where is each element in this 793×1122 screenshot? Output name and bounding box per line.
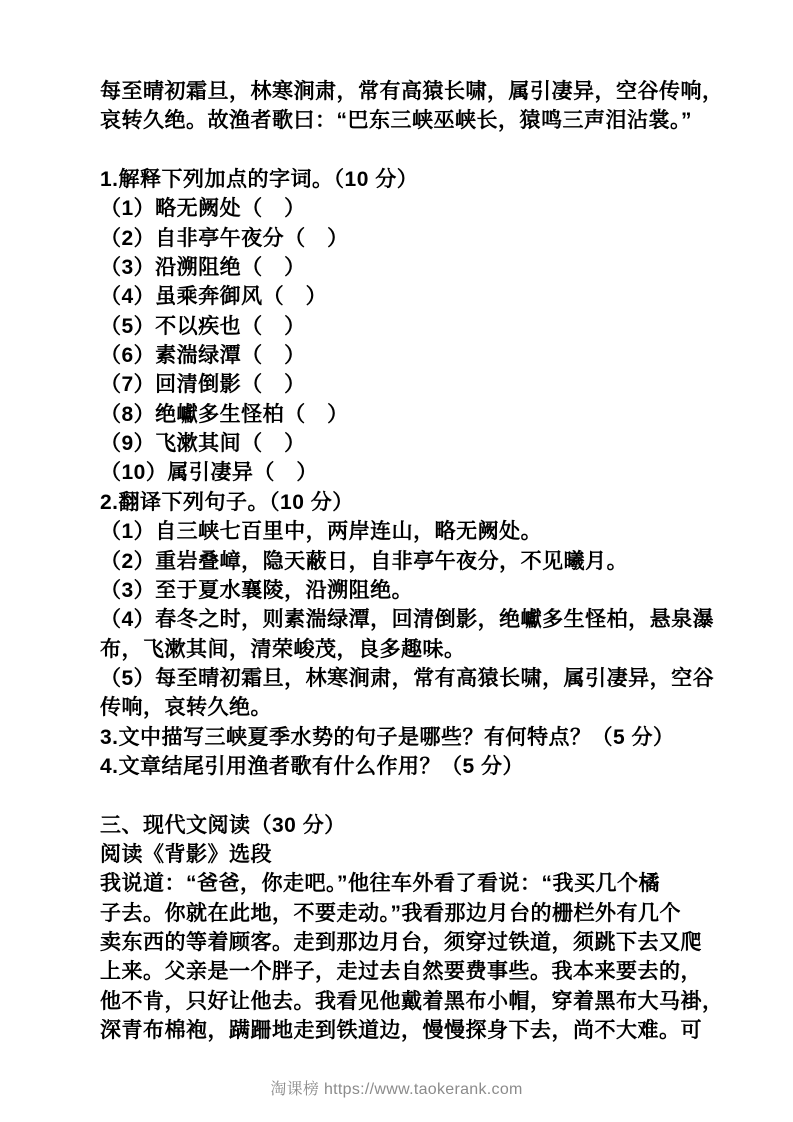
footer-watermark: 淘课榜 https://www.taokerank.com [0, 1076, 793, 1099]
text-line: （10）属引凄异（ ） [100, 458, 760, 487]
text-line: 他不肯，只好让他去。我看见他戴着黑布小帽，穿着黑布大马褂， [100, 987, 760, 1016]
document-page: 每至晴初霜旦，林寒涧肃，常有高猿长啸，属引凄异，空谷传响，哀转久绝。故渔者歌曰：… [0, 0, 793, 1122]
text-line: （5）每至晴初霜旦，林寒涧肃，常有高猿长啸，属引凄异，空谷 [100, 664, 760, 693]
text-line: 三、现代文阅读（30 分） [100, 811, 760, 840]
text-line: 4.文章结尾引用渔者歌有什么作用？（5 分） [100, 752, 760, 781]
text-line: （4）虽乘奔御风（ ） [100, 282, 760, 311]
text-line: （9）飞漱其间（ ） [100, 429, 760, 458]
text-line: 卖东西的等着顾客。走到那边月台，须穿过铁道，须跳下去又爬 [100, 928, 760, 957]
text-line: 我说道：“爸爸，你走吧。”他往车外看了看说：“我买几个橘 [100, 869, 760, 898]
text-line: 上来。父亲是一个胖子，走过去自然要费事些。我本来要去的， [100, 957, 760, 986]
text-line: （1）自三峡七百里中，两岸连山，略无阙处。 [100, 517, 760, 546]
document-body: 每至晴初霜旦，林寒涧肃，常有高猿长啸，属引凄异，空谷传响，哀转久绝。故渔者歌曰：… [100, 77, 760, 1045]
text-line: （2）重岩叠嶂，隐天蔽日，自非亭午夜分，不见曦月。 [100, 547, 760, 576]
blank-line [100, 781, 760, 810]
text-line: 3.文中描写三峡夏季水势的句子是哪些？有何特点？（5 分） [100, 723, 760, 752]
text-line: （5）不以疾也（ ） [100, 312, 760, 341]
text-line: （8）绝巘多生怪柏（ ） [100, 400, 760, 429]
text-line: 1.解释下列加点的字词。（10 分） [100, 165, 760, 194]
text-line: 深青布棉袍，蹒跚地走到铁道边，慢慢探身下去，尚不大难。可 [100, 1016, 760, 1045]
blank-line [100, 136, 760, 165]
text-line: （7）回清倒影（ ） [100, 370, 760, 399]
text-line: 子去。你就在此地，不要走动。”我看那边月台的栅栏外有几个 [100, 899, 760, 928]
text-line: （3）至于夏水襄陵，沿溯阻绝。 [100, 576, 760, 605]
text-line: （1）略无阙处（ ） [100, 194, 760, 223]
text-line: 阅读《背影》选段 [100, 840, 760, 869]
text-line: （4）春冬之时，则素湍绿潭，回清倒影，绝巘多生怪柏，悬泉瀑 [100, 605, 760, 634]
text-line: 每至晴初霜旦，林寒涧肃，常有高猿长啸，属引凄异，空谷传响， [100, 77, 760, 106]
text-line: （2）自非亭午夜分（ ） [100, 224, 760, 253]
text-line: 哀转久绝。故渔者歌曰：“巴东三峡巫峡长，猿鸣三声泪沾裳。” [100, 106, 760, 135]
text-line: 传响，哀转久绝。 [100, 693, 760, 722]
text-line: 2.翻译下列句子。（10 分） [100, 488, 760, 517]
text-line: （3）沿溯阻绝（ ） [100, 253, 760, 282]
text-line: 布，飞漱其间，清荣峻茂，良多趣味。 [100, 635, 760, 664]
text-line: （6）素湍绿潭（ ） [100, 341, 760, 370]
